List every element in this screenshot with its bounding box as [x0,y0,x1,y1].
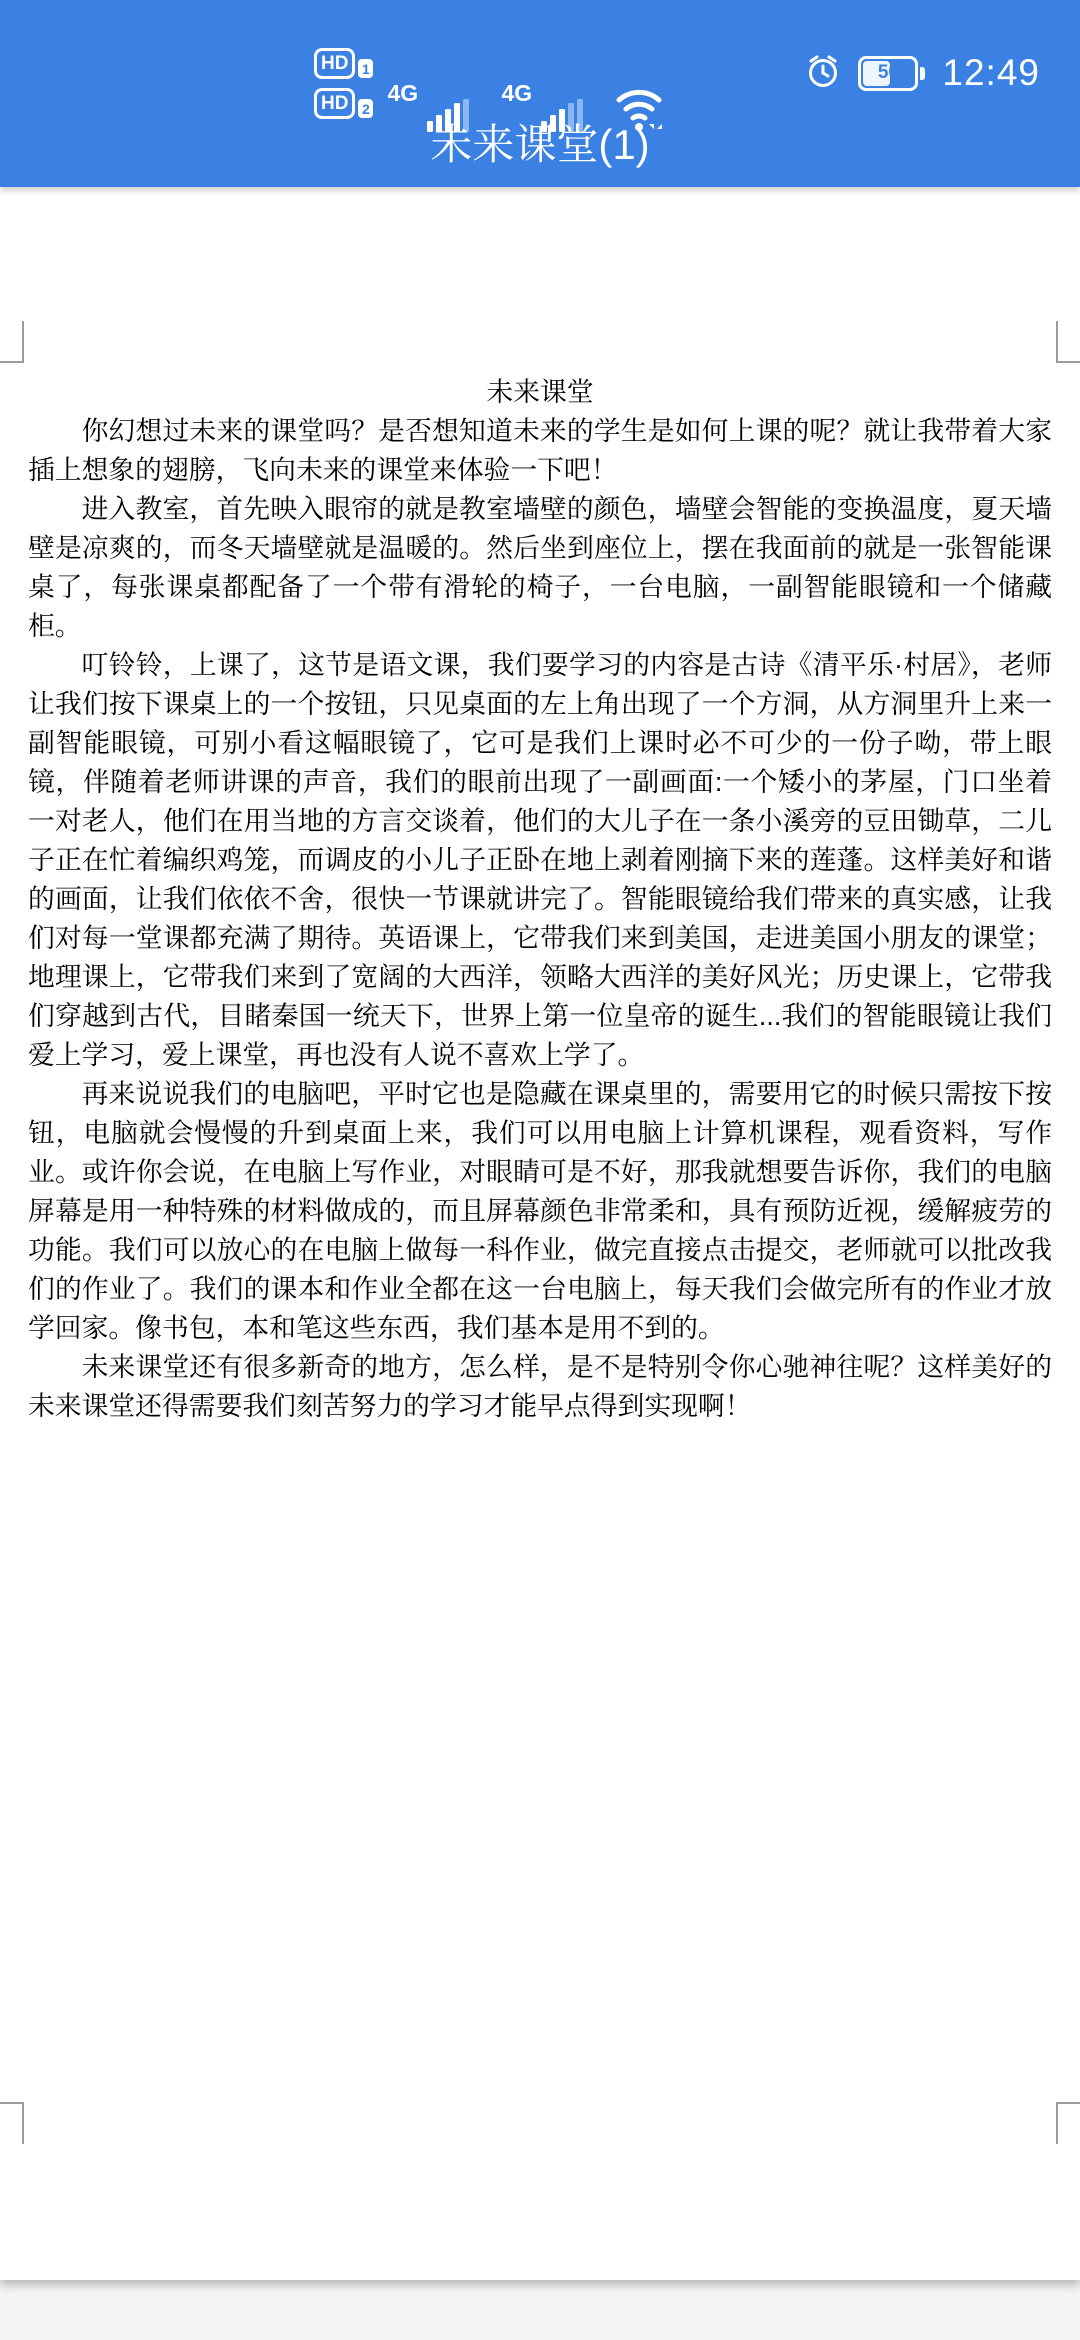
paragraph: 你幻想过未来的课堂吗？是否想知道未来的学生是如何上课的呢？就让我带着大家插上想象… [28,412,1052,490]
document-content: 未来课堂 你幻想过未来的课堂吗？是否想知道未来的学生是如何上课的呢？就让我带着大… [0,187,1080,1426]
status-right-cluster: 56 12:49 [805,52,1040,94]
battery-percent: 56 [861,59,915,88]
network-type-label: 4G [387,80,418,107]
page-margin-mark-bottom-right [1056,2102,1080,2144]
document-page[interactable]: 未来课堂 你幻想过未来的课堂吗？是否想知道未来的学生是如何上课的呢？就让我带着大… [0,187,1080,2280]
page-title: 未来课堂(1) [0,121,1080,169]
paragraph: 叮铃铃，上课了，这节是语文课，我们要学习的内容是古诗《清平乐·村居》，老师让我们… [28,646,1052,1075]
page-margin-mark-bottom-left [0,2102,24,2144]
paragraph: 未来课堂还有很多新奇的地方，怎么样，是不是特别令你心驰神往呢？这样美好的未来课堂… [28,1348,1052,1426]
page-margin-mark-top-left [0,321,24,363]
battery-icon: 56 [858,56,925,91]
document-body: 你幻想过未来的课堂吗？是否想知道未来的学生是如何上课的呢？就让我带着大家插上想象… [28,412,1052,1426]
paragraph: 再来说说我们的电脑吧，平时它也是隐藏在课桌里的，需要用它的时候只需按下按钮，电脑… [28,1075,1052,1348]
alarm-icon [805,53,841,94]
wifi-icon [615,48,667,132]
hd-volte-sim1-icon: HD 1 [314,48,373,79]
sim1-badge: 1 [358,59,373,78]
app-header: HD 1 HD 2 4G 4G [0,0,1080,187]
document-title: 未来课堂 [28,373,1052,412]
page-margin-mark-top-right [1056,321,1080,363]
sim2-badge: 2 [358,99,373,118]
hd-label: HD [314,88,355,119]
paragraph: 进入教室，首先映入眼帘的就是教室墙壁的颜色，墙壁会智能的变换温度，夏天墙壁是凉爽… [28,490,1052,646]
status-left-cluster: HD 1 HD 2 4G 4G [314,48,667,132]
bottom-background-strip [0,2280,1080,2340]
hd-label: HD [314,48,355,79]
signal-sim1: 4G [387,48,487,132]
hd-volte-sim2-icon: HD 2 [314,88,373,119]
clock-time: 12:49 [942,52,1040,94]
hd-volte-stack: HD 1 HD 2 [314,48,373,119]
signal-sim2: 4G [501,48,601,132]
network-type-label: 4G [501,80,532,107]
